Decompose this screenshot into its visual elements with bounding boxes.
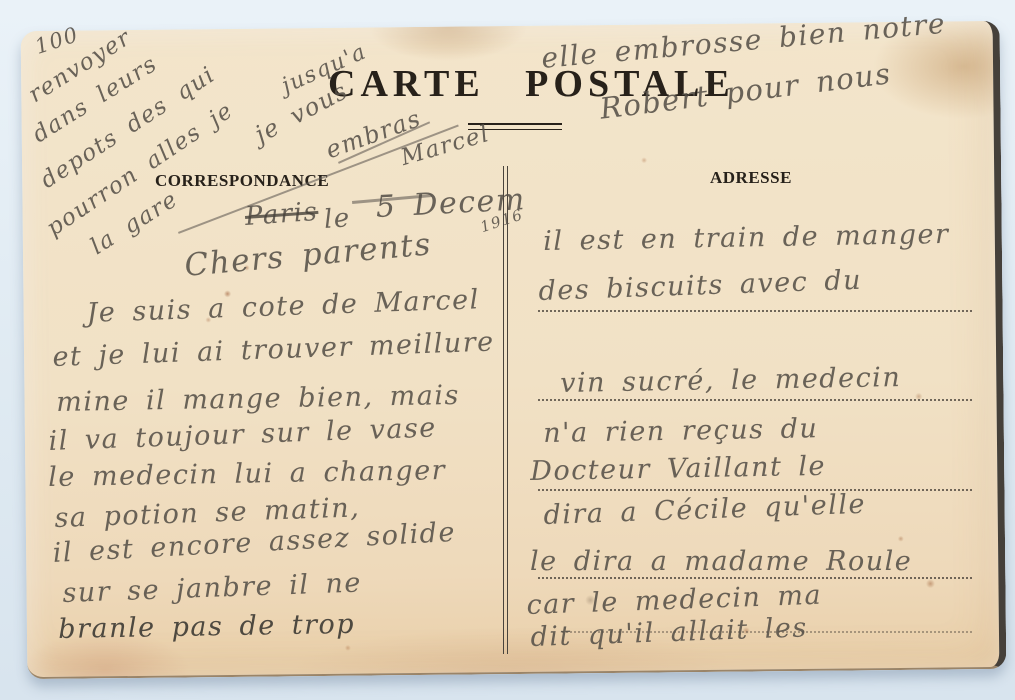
- hw-message-right-line: vin sucré, le medecin: [560, 362, 901, 399]
- column-divider-rule: [503, 166, 508, 654]
- correspondence-header: CORRESPONDANCE: [155, 171, 329, 191]
- address-dotted-line: [538, 399, 972, 401]
- address-dotted-line: [538, 489, 972, 491]
- hw-date-article: le: [323, 203, 352, 235]
- address-dotted-line: [538, 577, 972, 579]
- hw-message-right-line: n'a rien reçus du: [543, 413, 818, 449]
- hw-place-struck: Paris: [244, 197, 319, 232]
- hw-message-right-line: Docteur Vaillant le: [530, 451, 826, 487]
- address-header: ADRESSE: [710, 168, 792, 188]
- hw-message-right-line: le dira a madame Roule: [530, 546, 912, 577]
- address-dotted-line: [538, 310, 972, 312]
- hw-message-left-line: branle pas de trop: [58, 609, 355, 645]
